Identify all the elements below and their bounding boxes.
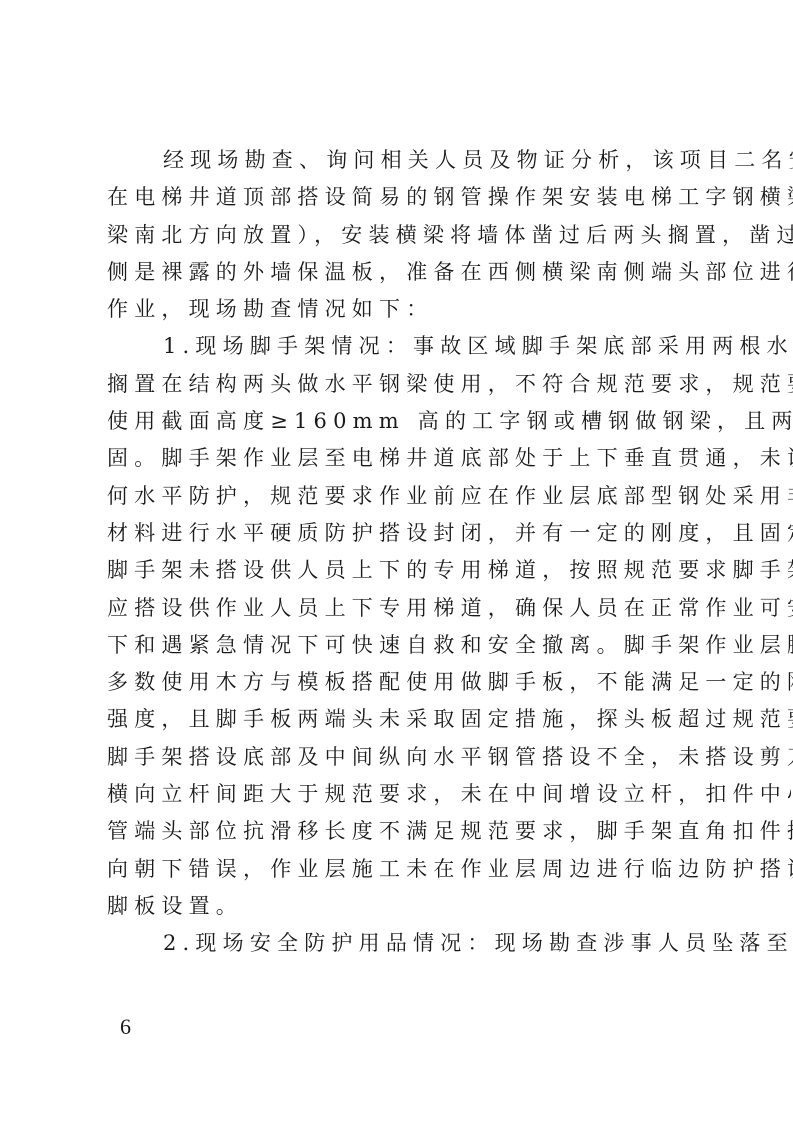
paragraph-2-line-5: 何水平防护，规范要求作业前应在作业层底部型钢处采用非燃性 (107, 478, 691, 515)
paragraph-2-line-6: 材料进行水平硬质防护搭设封闭，并有一定的刚度，且固定牢固。 (107, 515, 691, 552)
paragraph-1-line-4: 侧是裸露的外墙保温板，准备在西侧横梁南侧端头部位进行电焊 (107, 254, 691, 291)
paragraph-2-line-4: 固。脚手架作业层至电梯井道底部处于上下垂直贯通，未设置任 (107, 440, 691, 477)
body-text: 经现场勘查、询问相关人员及物证分析，该项目二名安装工 在电梯井道顶部搭设简易的钢… (107, 142, 691, 963)
paragraph-1-line-1: 经现场勘查、询问相关人员及物证分析，该项目二名安装工 (107, 142, 691, 179)
paragraph-2-line-9: 下和遇紧急情况下可快速自救和安全撤离。脚手架作业层脚手板 (107, 627, 691, 664)
paragraph-2-line-10: 多数使用木方与模板搭配使用做脚手板，不能满足一定的刚度和 (107, 664, 691, 701)
paragraph-2-line-15: 向朝下错误，作业层施工未在作业层周边进行临边防护搭设和挡 (107, 851, 691, 888)
paragraph-2-line-8: 应搭设供作业人员上下专用梯道，确保人员在正常作业可安全上 (107, 590, 691, 627)
paragraph-1-line-5: 作业，现场勘查情况如下： (107, 291, 691, 328)
paragraph-2-line-12: 脚手架搭设底部及中间纵向水平钢管搭设不全，未搭设剪刀撑， (107, 739, 691, 776)
paragraph-1-line-3: 梁南北方向放置），安装横梁将墙体凿过后两头搁置，凿过后外 (107, 217, 691, 254)
paragraph-2-line-11: 强度，且脚手板两端头未采取固定措施，探头板超过规范要求。 (107, 701, 691, 738)
paragraph-2-line-7: 脚手架未搭设供人员上下的专用梯道，按照规范要求脚手架搭设 (107, 552, 691, 589)
paragraph-3-line-1: 2.现场安全防护用品情况：现场勘查涉事人员坠落至井道底 (107, 925, 691, 962)
paragraph-1-line-2: 在电梯井道顶部搭设简易的钢管操作架安装电梯工字钢横梁（横 (107, 179, 691, 216)
paragraph-2-line-3: 使用截面高度≥160mm 高的工字钢或槽钢做钢梁，且两端锚固牢 (107, 403, 691, 440)
paragraph-2-line-1: 1.现场脚手架情况：事故区域脚手架底部采用两根水平钢管 (107, 328, 691, 365)
page-number: 6 (120, 1014, 131, 1040)
paragraph-2-line-16: 脚板设置。 (107, 888, 691, 925)
paragraph-2-line-2: 搁置在结构两头做水平钢梁使用，不符合规范要求，规范要求应 (107, 366, 691, 403)
paragraph-2-line-13: 横向立杆间距大于规范要求，未在中间增设立杆，扣件中心至钢 (107, 776, 691, 813)
paragraph-2-line-14: 管端头部位抗滑移长度不满足规范要求，脚手架直角扣件搭设方 (107, 813, 691, 850)
document-page: 经现场勘查、询问相关人员及物证分析，该项目二名安装工 在电梯井道顶部搭设简易的钢… (0, 0, 793, 1122)
